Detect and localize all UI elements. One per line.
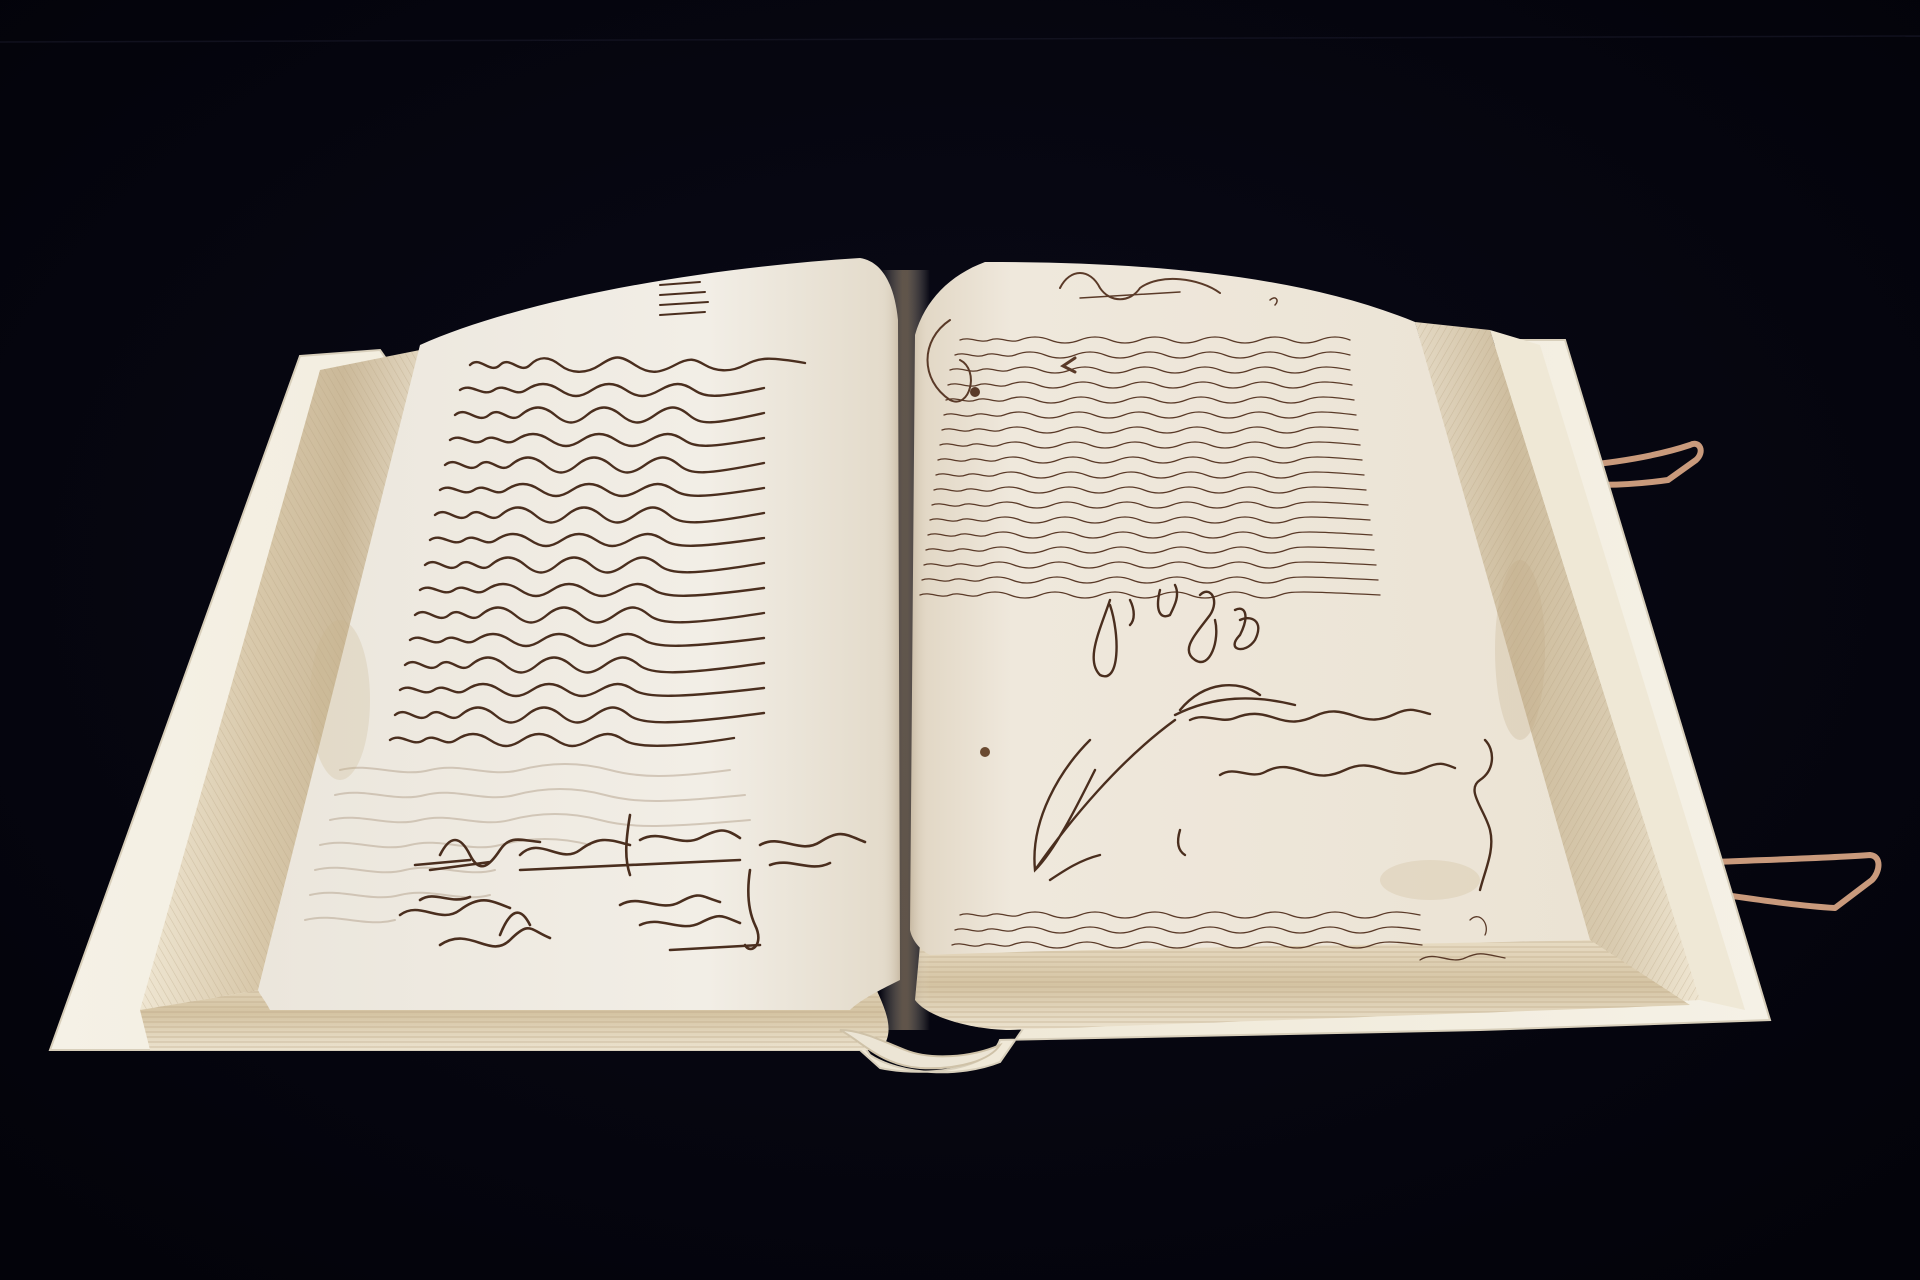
manuscript-photo [0,0,1920,1280]
gutter-shadow [880,270,930,1030]
